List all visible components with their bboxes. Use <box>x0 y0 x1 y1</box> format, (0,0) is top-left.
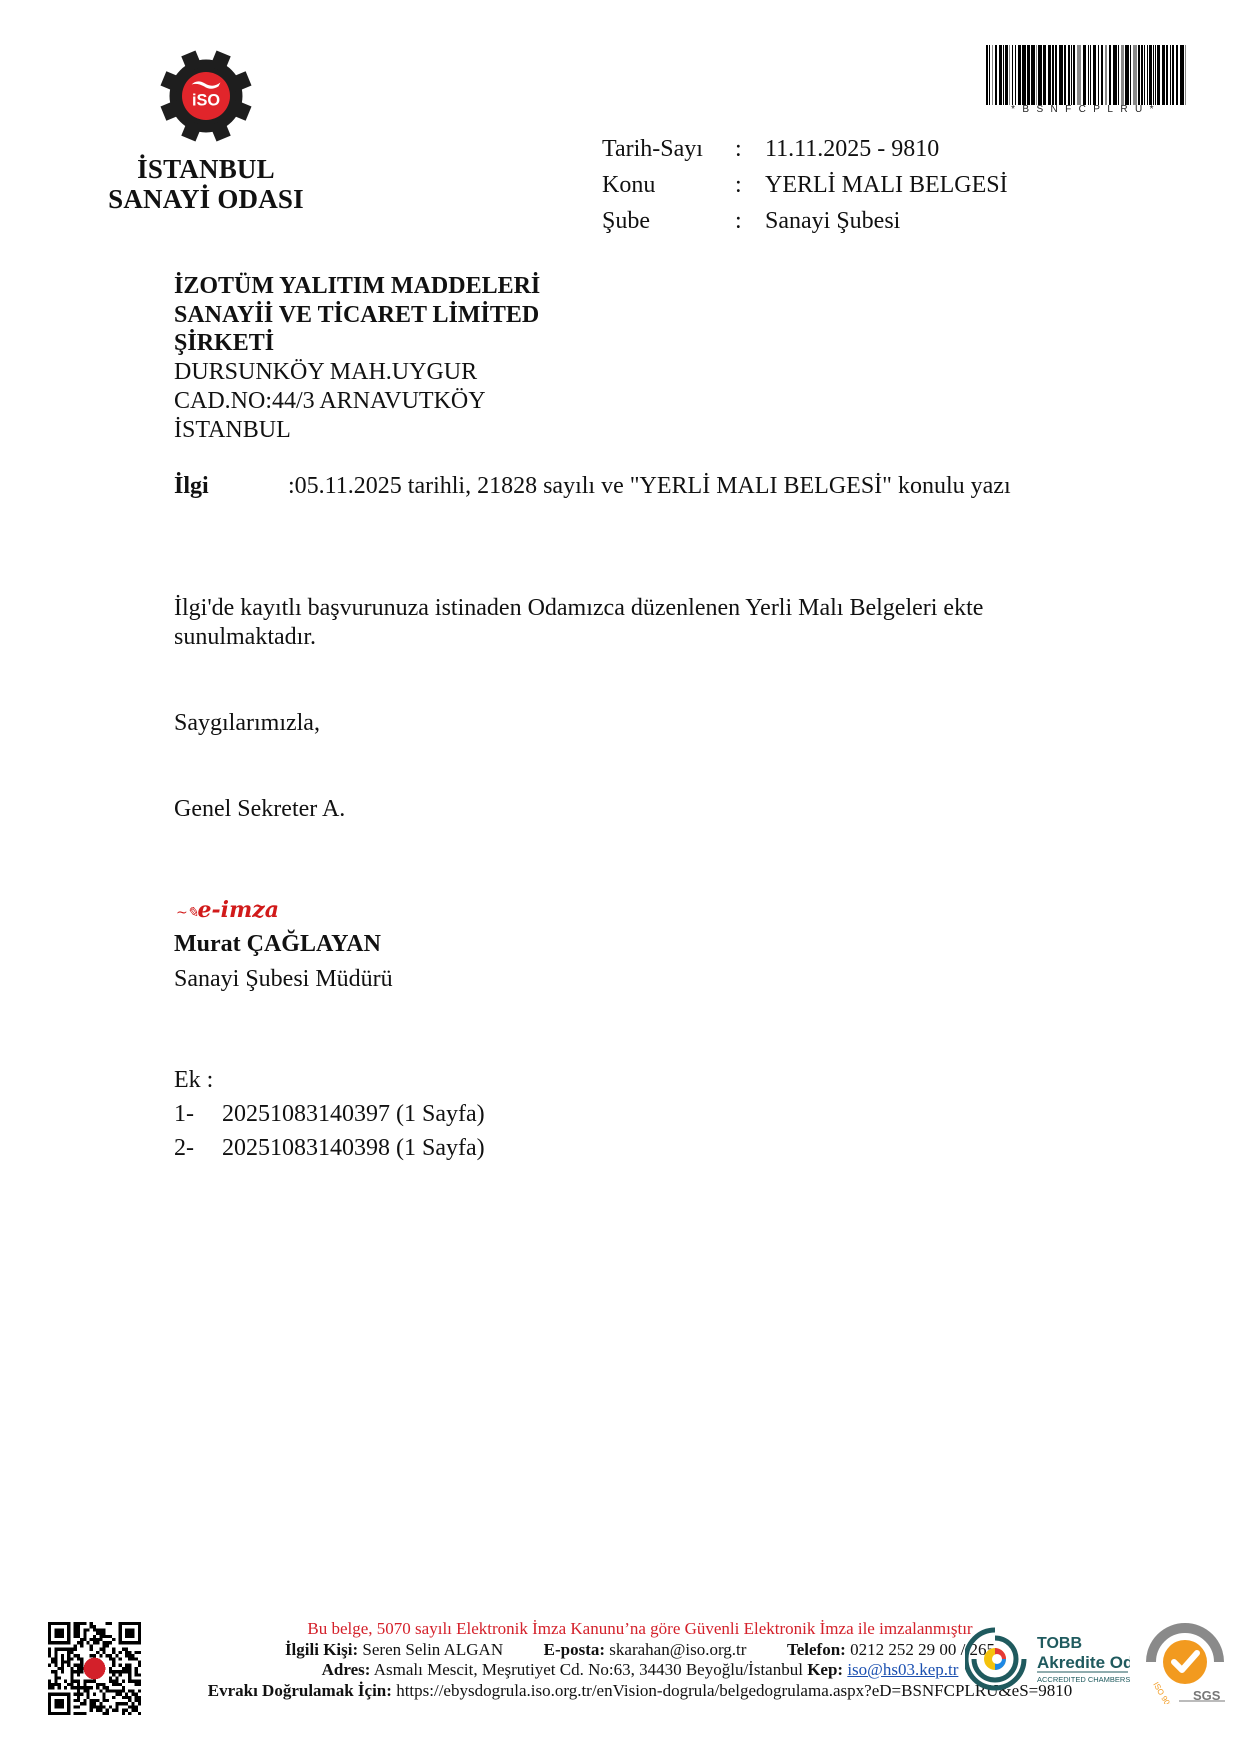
meta-colon: : <box>735 167 742 203</box>
recipient-address-line: CAD.NO:44/3 ARNAVUTKÖY <box>174 387 540 416</box>
meta-label: Konu <box>602 167 655 203</box>
qr-code-image <box>48 1622 141 1715</box>
meta-row-date-number: Tarih-Sayı : 11.11.2025 - 9810 <box>602 131 1102 167</box>
email-value: skarahan@iso.org.tr <box>609 1640 746 1659</box>
meta-value-branch: Sanayi Şubesi <box>765 203 900 239</box>
meta-label: Tarih-Sayı <box>602 131 703 167</box>
meta-value-date-number: 11.11.2025 - 9810 <box>765 131 939 167</box>
attachment-item: 1-20251083140397 (1 Sayfa) <box>174 1100 485 1129</box>
svg-text:iSO: iSO <box>192 92 220 110</box>
body-paragraph-line: İlgi'de kayıtlı başvurunuza istinaden Od… <box>174 594 983 623</box>
address-label: Adres: <box>322 1660 371 1679</box>
recipient-block: İZOTÜM YALITIM MADDELERİ SANAYİİ VE TİCA… <box>174 272 540 445</box>
recipient-name-line: İZOTÜM YALITIM MADDELERİ <box>174 272 540 301</box>
pen-icon: ~✎ <box>176 905 197 921</box>
sgs-iso9001-badge: ISO 9001 SGS <box>1143 1614 1227 1704</box>
meta-value-subject: YERLİ MALI BELGESİ <box>765 167 1008 203</box>
on-behalf-text: Genel Sekreter A. <box>174 795 345 824</box>
attachment-number: 1- <box>174 1100 222 1129</box>
e-signature-mark: ~✎e-imza <box>176 897 279 926</box>
logo-title-line1: İSTANBUL <box>76 154 336 184</box>
contact-label: İlgili Kişi: <box>285 1640 358 1659</box>
attachment-item: 2-20251083140398 (1 Sayfa) <box>174 1134 485 1163</box>
barcode-image <box>986 45 1186 105</box>
meta-label: Şube <box>602 203 650 239</box>
svg-text:ISO 9001: ISO 9001 <box>1151 1681 1176 1705</box>
gear-logo-icon: iSO <box>158 48 254 144</box>
body-paragraph-line: sunulmaktadır. <box>174 623 316 652</box>
kep-label: Kep: <box>807 1660 843 1679</box>
recipient-address-line: İSTANBUL <box>174 416 540 445</box>
reference-value: :05.11.2025 tarihli, 21828 sayılı ve "YE… <box>288 470 1011 502</box>
svg-text:Akredite Oda: Akredite Oda <box>1037 1653 1130 1672</box>
svg-text:ACCREDITED CHAMBERS: ACCREDITED CHAMBERS <box>1037 1675 1130 1684</box>
meta-colon: : <box>735 131 742 167</box>
closing-text: Saygılarımızla, <box>174 709 320 738</box>
attachment-text: 20251083140398 (1 Sayfa) <box>222 1135 485 1161</box>
attachment-text: 20251083140397 (1 Sayfa) <box>222 1101 485 1127</box>
reference-label: İlgi <box>174 470 209 502</box>
recipient-name-line: ŞİRKETİ <box>174 329 540 358</box>
attachment-number: 2- <box>174 1134 222 1163</box>
e-signature-label: e-imza <box>197 897 279 923</box>
verify-label: Evrakı Doğrulamak İçin: <box>208 1681 392 1700</box>
kep-link[interactable]: iso@hs03.kep.tr <box>847 1660 958 1679</box>
logo-title-line2: SANAYİ ODASI <box>76 184 336 214</box>
recipient-name-line: SANAYİİ VE TİCARET LİMİTED <box>174 301 540 330</box>
svg-text:TOBB: TOBB <box>1037 1635 1082 1652</box>
contact-value: Seren Selin ALGAN <box>362 1640 503 1659</box>
signer-title: Sanayi Şubesi Müdürü <box>174 965 393 994</box>
email-label: E-posta: <box>544 1640 605 1659</box>
barcode-label: *BSNFCPLRU* <box>986 104 1186 115</box>
meta-row-branch: Şube : Sanayi Şubesi <box>602 203 1102 239</box>
signer-name: Murat ÇAĞLAYAN <box>174 930 381 959</box>
phone-label: Telefon: <box>787 1640 846 1659</box>
meta-colon: : <box>735 203 742 239</box>
address-value: Asmalı Mescit, Meşrutiyet Cd. No:63, 344… <box>374 1660 803 1679</box>
recipient-address-line: DURSUNKÖY MAH.UYGUR <box>174 358 540 387</box>
meta-row-subject: Konu : YERLİ MALI BELGESİ <box>602 167 1102 203</box>
tobb-accredited-badge: TOBB Akredite Oda ACCREDITED CHAMBERS <box>965 1624 1130 1694</box>
attachments-title: Ek : <box>174 1066 213 1095</box>
